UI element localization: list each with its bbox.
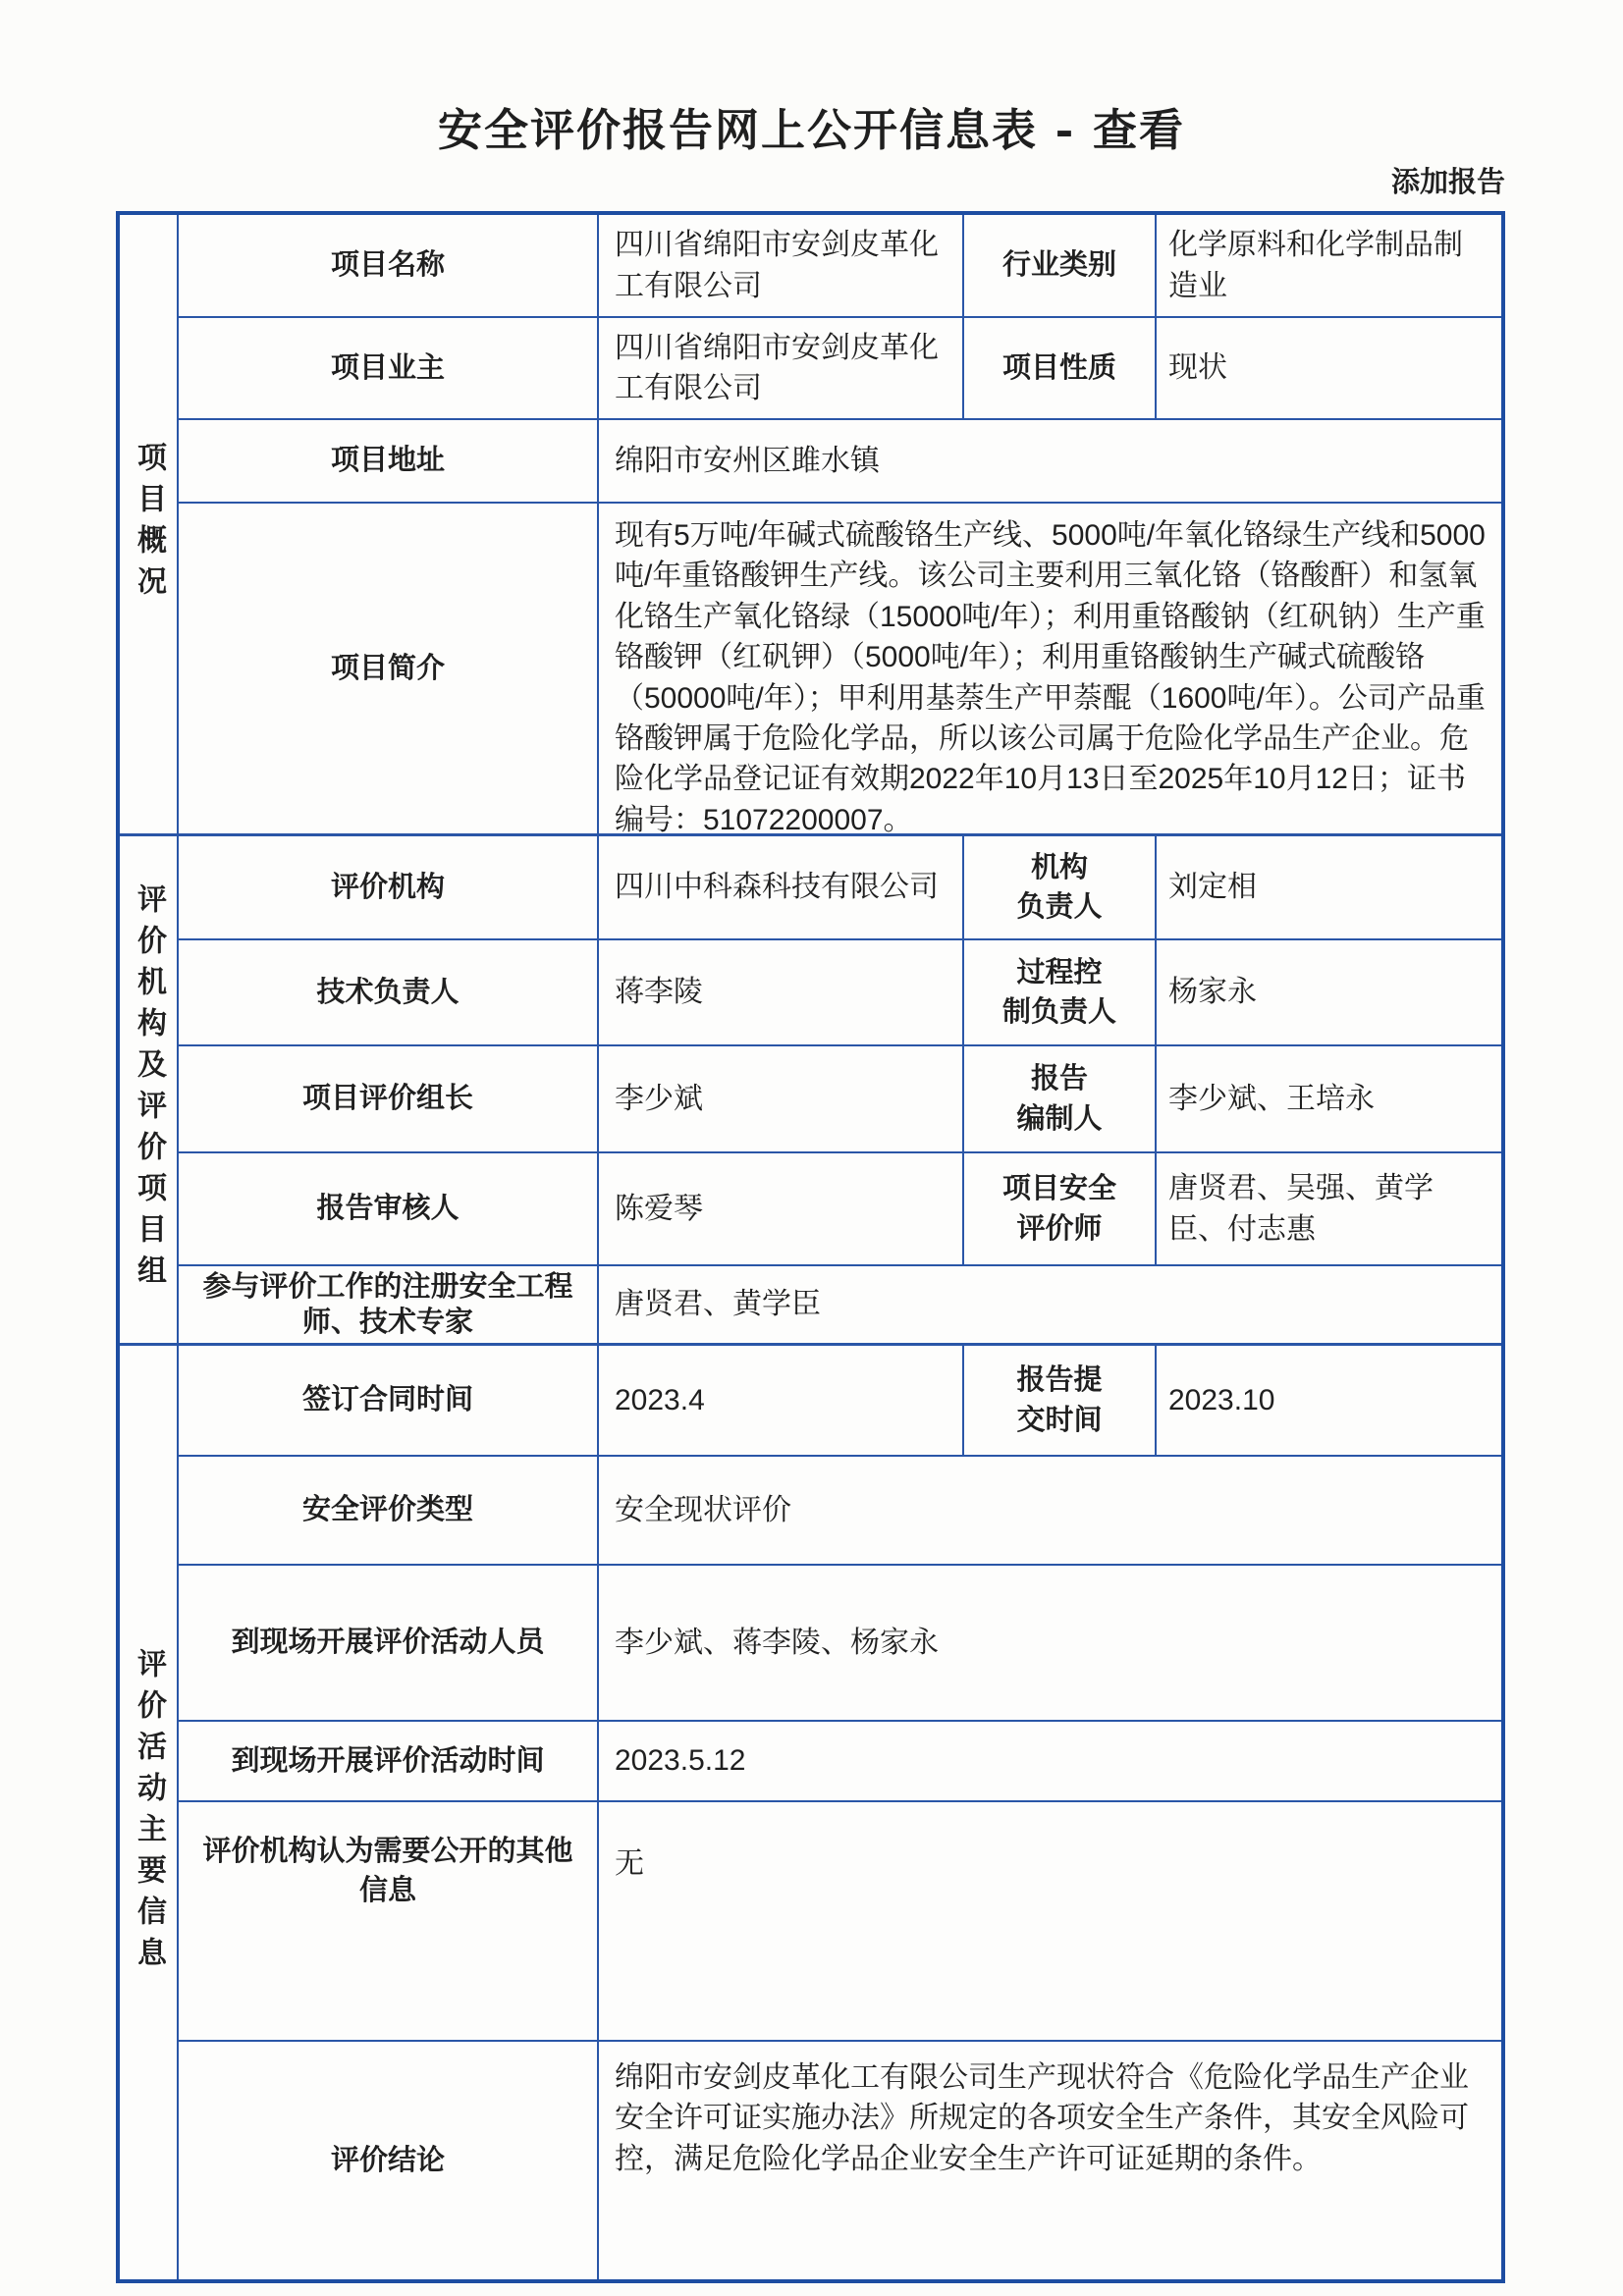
page-title: 安全评价报告网上公开信息表 - 查看 [0,94,1623,158]
safety-assessors-label: 项目安全 评价师 [964,1153,1157,1264]
agency-head-label: 机构 负责人 [964,836,1157,938]
project-owner-label: 项目业主 [179,318,599,418]
contract-date-value: 2023.4 [599,1346,964,1455]
row-project-address: 项目地址 绵阳市安州区雎水镇 [179,420,1501,504]
evaluation-conclusion-value: 绵阳市安剑皮革化工有限公司生产现状符合《危险化学品生产企业安全许可证实施办法》所… [599,2042,1501,2279]
section-sidebar: 项目概况 [120,215,179,833]
row-technical-head: 技术负责人 蒋李陵 过程控 制负责人 杨家永 [179,940,1501,1046]
evaluation-type-value: 安全现状评价 [599,1457,1501,1564]
row-project-brief: 项目简介 现有5万吨/年碱式硫酸铬生产线、5000吨/年氧化铬绿生产线和5000… [179,504,1501,833]
row-project-owner: 项目业主 四川省绵阳市安剑皮革化工有限公司 项目性质 现状 [179,318,1501,420]
section-project-overview: 项目概况 项目名称 四川省绵阳市安剑皮革化工有限公司 行业类别 化学原料和化学制… [120,215,1501,836]
project-owner-value: 四川省绵阳市安剑皮革化工有限公司 [599,318,964,418]
contract-date-label: 签订合同时间 [179,1346,599,1455]
registered-engineers-value: 唐贤君、黄学臣 [599,1266,1501,1343]
evaluation-conclusion-label: 评价结论 [179,2042,599,2279]
add-report-button[interactable]: 添加报告 [1391,160,1505,200]
page: 安全评价报告网上公开信息表 - 查看 添加报告 项目概况 项目名称 四川省绵阳市… [0,0,1623,2296]
other-public-info-value: 无 [599,1802,1501,2040]
project-name-label: 项目名称 [179,215,599,316]
project-nature-value: 现状 [1157,318,1501,418]
evaluation-type-label: 安全评价类型 [179,1457,599,1564]
section-sidebar: 评价机构及评价项目组 [120,836,179,1343]
onsite-personnel-value: 李少斌、蒋李陵、杨家永 [599,1566,1501,1720]
project-nature-label: 项目性质 [964,318,1157,418]
section-evaluation-activity: 评价活动主要信息 签订合同时间 2023.4 报告提 交时间 2023.10 安… [120,1346,1501,2279]
report-compiler-label: 报告 编制人 [964,1046,1157,1151]
row-evaluation-conclusion: 评价结论 绵阳市安剑皮革化工有限公司生产现状符合《危险化学品生产企业安全许可证实… [179,2042,1501,2279]
report-submit-date-label: 报告提 交时间 [964,1346,1157,1455]
safety-assessors-value: 唐贤君、吴强、黄学臣、付志惠 [1157,1153,1501,1264]
process-control-head-label: 过程控 制负责人 [964,940,1157,1044]
section-evaluation-org: 评价机构及评价项目组 评价机构 四川中科森科技有限公司 机构 负责人 刘定相 技… [120,836,1501,1346]
section-sidebar: 评价活动主要信息 [120,1346,179,2279]
project-brief-value: 现有5万吨/年碱式硫酸铬生产线、5000吨/年氧化铬绿生产线和5000吨/年重铬… [599,504,1501,833]
onsite-date-value: 2023.5.12 [599,1722,1501,1800]
evaluation-team-leader-value: 李少斌 [599,1046,964,1151]
sidebar-label-project-overview: 项目概况 [119,442,178,607]
row-onsite-date: 到现场开展评价活动时间 2023.5.12 [179,1722,1501,1802]
row-evaluation-agency: 评价机构 四川中科森科技有限公司 机构 负责人 刘定相 [179,836,1501,940]
section-rows: 项目名称 四川省绵阳市安剑皮革化工有限公司 行业类别 化学原料和化学制品制造业 … [179,215,1501,833]
evaluation-agency-label: 评价机构 [179,836,599,938]
evaluation-agency-value: 四川中科森科技有限公司 [599,836,964,938]
sidebar-label-evaluation-org: 评价机构及评价项目组 [119,883,178,1296]
onsite-date-label: 到现场开展评价活动时间 [179,1722,599,1800]
report-compiler-value: 李少斌、王培永 [1157,1046,1501,1151]
project-address-label: 项目地址 [179,420,599,502]
row-report-reviewer: 报告审核人 陈爱琴 项目安全 评价师 唐贤君、吴强、黄学臣、付志惠 [179,1153,1501,1266]
other-public-info-label: 评价机构认为需要公开的其他信息 [179,1802,599,2040]
report-submit-date-value: 2023.10 [1157,1346,1501,1455]
technical-head-label: 技术负责人 [179,940,599,1044]
row-other-public-info: 评价机构认为需要公开的其他信息 无 [179,1802,1501,2042]
row-project-name: 项目名称 四川省绵阳市安剑皮革化工有限公司 行业类别 化学原料和化学制品制造业 [179,215,1501,318]
process-control-head-value: 杨家永 [1157,940,1501,1044]
technical-head-value: 蒋李陵 [599,940,964,1044]
industry-category-label: 行业类别 [964,215,1157,316]
report-reviewer-value: 陈爱琴 [599,1153,964,1264]
project-name-value: 四川省绵阳市安剑皮革化工有限公司 [599,215,964,316]
registered-engineers-label: 参与评价工作的注册安全工程师、技术专家 [179,1266,599,1343]
row-onsite-personnel: 到现场开展评价活动人员 李少斌、蒋李陵、杨家永 [179,1566,1501,1722]
row-registered-engineers: 参与评价工作的注册安全工程师、技术专家 唐贤君、黄学臣 [179,1266,1501,1343]
evaluation-team-leader-label: 项目评价组长 [179,1046,599,1151]
project-brief-label: 项目简介 [179,504,599,833]
info-table: 项目概况 项目名称 四川省绵阳市安剑皮革化工有限公司 行业类别 化学原料和化学制… [116,211,1505,2283]
section-rows: 签订合同时间 2023.4 报告提 交时间 2023.10 安全评价类型 安全现… [179,1346,1501,2279]
report-reviewer-label: 报告审核人 [179,1153,599,1264]
row-contract-date: 签订合同时间 2023.4 报告提 交时间 2023.10 [179,1346,1501,1457]
industry-category-value: 化学原料和化学制品制造业 [1157,215,1501,316]
project-address-value: 绵阳市安州区雎水镇 [599,420,1501,502]
section-rows: 评价机构 四川中科森科技有限公司 机构 负责人 刘定相 技术负责人 蒋李陵 过程… [179,836,1501,1343]
row-evaluation-type: 安全评价类型 安全现状评价 [179,1457,1501,1566]
row-evaluation-team-leader: 项目评价组长 李少斌 报告 编制人 李少斌、王培永 [179,1046,1501,1153]
agency-head-value: 刘定相 [1157,836,1501,938]
sidebar-label-evaluation-activity: 评价活动主要信息 [119,1648,178,1978]
onsite-personnel-label: 到现场开展评价活动人员 [179,1566,599,1720]
